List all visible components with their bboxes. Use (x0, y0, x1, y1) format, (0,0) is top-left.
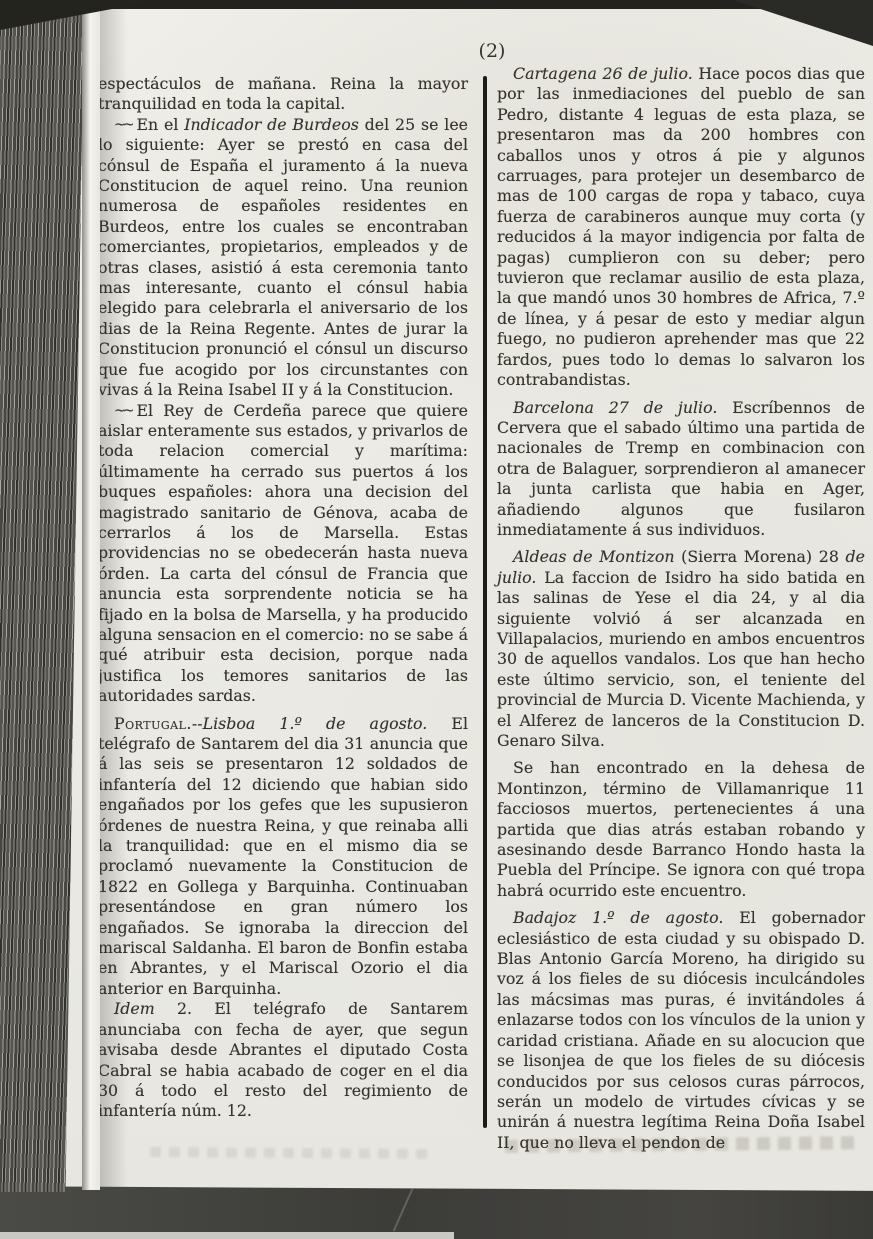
text-segment: ~~ (114, 117, 131, 133)
text-segment: Idem (114, 999, 155, 1018)
scanner-table-surface (0, 1181, 873, 1239)
text-segment: El Rey de Cerdeña parece que quiere aisl… (98, 401, 468, 706)
text-segment: Lisboa 1.º de agosto. (203, 714, 428, 733)
column-left: espectáculos de mañana. Reina la mayor t… (98, 74, 468, 1122)
page-edge-highlight (82, 0, 100, 1190)
text-segment: El gobernador eclesiástico de esta ciuda… (497, 908, 865, 1151)
text-segment: Barcelona 27 de julio. (513, 398, 717, 417)
text-segment: (Sierra Morena) 28 (675, 547, 846, 566)
scanner-bottom-strip (0, 1232, 454, 1239)
paragraph: Cartagena 26 de julio. Hace pocos dias q… (497, 64, 865, 391)
book-page-edges (0, 0, 84, 1192)
paragraph: Se han encontrado en la dehesa de Montin… (497, 758, 865, 901)
text-segment: -- (192, 714, 203, 733)
text-segment: del 25 se lee lo siguiente: Ayer se pres… (98, 115, 468, 399)
text-segment: La faccion de Isidro ha sido batida en l… (497, 568, 865, 750)
text-segment: Hace pocos dias que por las inmediacione… (497, 64, 865, 389)
paragraph: Aldeas de Montizon (Sierra Morena) 28 de… (497, 547, 865, 751)
ink-bleedthrough (150, 1147, 430, 1159)
text-segment: Portugal. (114, 714, 192, 733)
text-segment: En el (136, 115, 184, 134)
column-right: Cartagena 26 de julio. Hace pocos dias q… (497, 64, 865, 1153)
page-number: (2) (460, 40, 524, 62)
paragraph: Idem 2. El telégrafo de Santarem anuncia… (98, 999, 468, 1121)
text-segment: Badajoz 1.º de agosto. (513, 908, 723, 927)
text-segment: Aldeas de Montizon (513, 547, 675, 566)
text-segment: Indicador de Burdeos (184, 115, 359, 134)
paragraph: ~~En el Indicador de Burdeos del 25 se l… (98, 115, 468, 401)
paragraph: Portugal.--Lisboa 1.º de agosto. El telé… (98, 714, 468, 1000)
paragraph: espectáculos de mañana. Reina la mayor t… (98, 74, 468, 115)
column-divider-rule (483, 76, 487, 1128)
scanner-top-right-corner (733, 0, 873, 46)
paragraph: Barcelona 27 de julio. Escríbennos de Ce… (497, 398, 865, 541)
scanned-page: (2) espectáculos de mañana. Reina la may… (0, 0, 873, 1239)
text-segment: Cartagena 26 de julio. (513, 64, 693, 83)
paragraph: Badajoz 1.º de agosto. El gobernador ecl… (497, 908, 865, 1153)
text-segment: Escríbennos de Cervera que el sabado últ… (497, 398, 865, 539)
text-segment: ~~ (114, 403, 131, 419)
text-segment: espectáculos de mañana. Reina la mayor t… (98, 74, 468, 113)
text-segment: Se han encontrado en la dehesa de Montin… (497, 758, 865, 899)
paragraph: ~~El Rey de Cerdeña parece que quiere ai… (98, 401, 468, 707)
text-segment: El telégrafo de Santarem del dia 31 anun… (98, 714, 468, 998)
